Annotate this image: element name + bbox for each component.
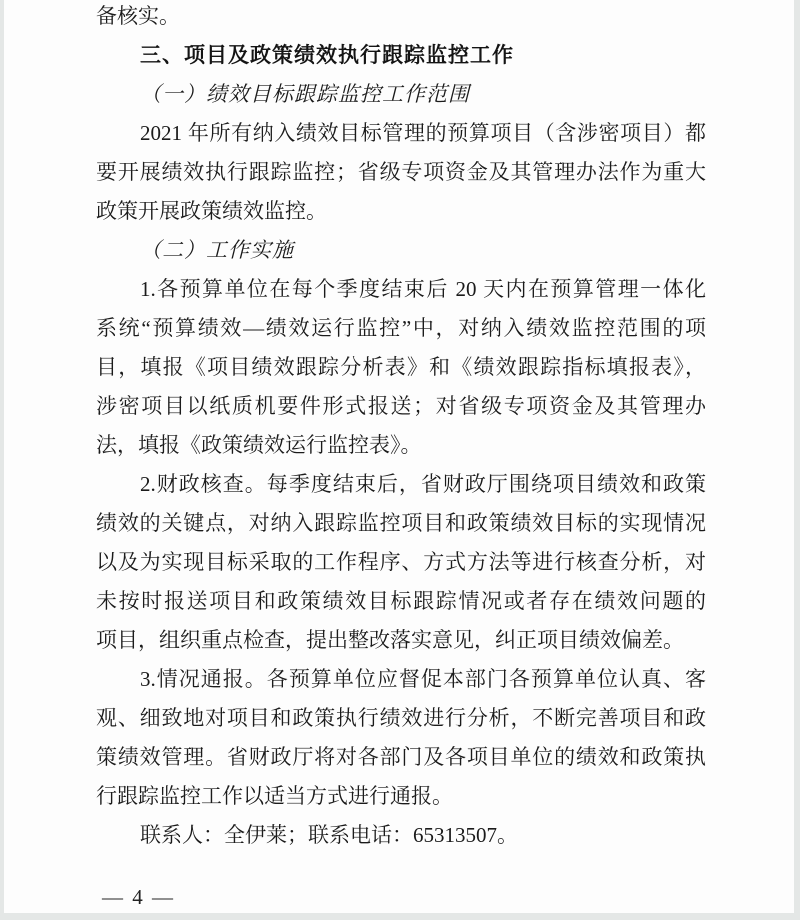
paragraph-line: 1.各预算单位在每个季度结束后 20 天内在预算管理一体化 [96, 270, 706, 309]
paragraph-line: 涉密项目以纸质机要件形式报送；对省级专项资金及其管理办 [96, 387, 706, 426]
paragraph-line: 未按时报送项目和政策绩效目标跟踪情况或者存在绩效问题的 [96, 582, 706, 621]
paragraph-line: 系统“预算绩效—绩效运行监控”中，对纳入绩效监控范围的项 [96, 309, 706, 348]
scanned-page-background: 备核实。 三、项目及政策绩效执行跟踪监控工作 （一）绩效目标跟踪监控工作范围 2… [0, 0, 800, 920]
document-body: 备核实。 三、项目及政策绩效执行跟踪监控工作 （一）绩效目标跟踪监控工作范围 2… [96, 0, 706, 855]
paragraph-line: 政策开展政策绩效监控。 [96, 192, 706, 231]
page-number: — 4 — [102, 884, 175, 910]
subsection-heading-2: （二）工作实施 [96, 231, 706, 270]
paragraph-line: 行跟踪监控工作以适当方式进行通报。 [96, 777, 706, 816]
paragraph-line: 2.财政核查。每季度结束后，省财政厅围绕项目绩效和政策 [96, 465, 706, 504]
paragraph-line: 项目，组织重点检查，提出整改落实意见，纠正项目绩效偏差。 [96, 621, 706, 660]
paragraph-line: 观、细致地对项目和政策执行绩效进行分析，不断完善项目和政 [96, 699, 706, 738]
paragraph-line: 3.情况通报。各预算单位应督促本部门各预算单位认真、客 [96, 660, 706, 699]
contact-line: 联系人：全伊莱；联系电话：65313507。 [96, 816, 706, 855]
paragraph-line: 目，填报《项目绩效跟踪分析表》和《绩效跟踪指标填报表》， [96, 348, 706, 387]
paragraph-line: 2021 年所有纳入绩效目标管理的预算项目（含涉密项目）都 [96, 114, 706, 153]
paragraph-line: 要开展绩效执行跟踪监控；省级专项资金及其管理办法作为重大 [96, 153, 706, 192]
subsection-heading-1: （一）绩效目标跟踪监控工作范围 [96, 75, 706, 114]
continuation-line: 备核实。 [96, 0, 706, 36]
document-page: 备核实。 三、项目及政策绩效执行跟踪监控工作 （一）绩效目标跟踪监控工作范围 2… [4, 0, 794, 913]
paragraph-line: 策绩效管理。省财政厅将对各部门及各项目单位的绩效和政策执 [96, 738, 706, 777]
paragraph-line: 以及为实现目标采取的工作程序、方式方法等进行核查分析，对 [96, 543, 706, 582]
paragraph-line: 法，填报《政策绩效运行监控表》。 [96, 426, 706, 465]
paragraph-line: 绩效的关键点，对纳入跟踪监控项目和政策绩效目标的实现情况 [96, 504, 706, 543]
section-heading: 三、项目及政策绩效执行跟踪监控工作 [96, 36, 706, 75]
